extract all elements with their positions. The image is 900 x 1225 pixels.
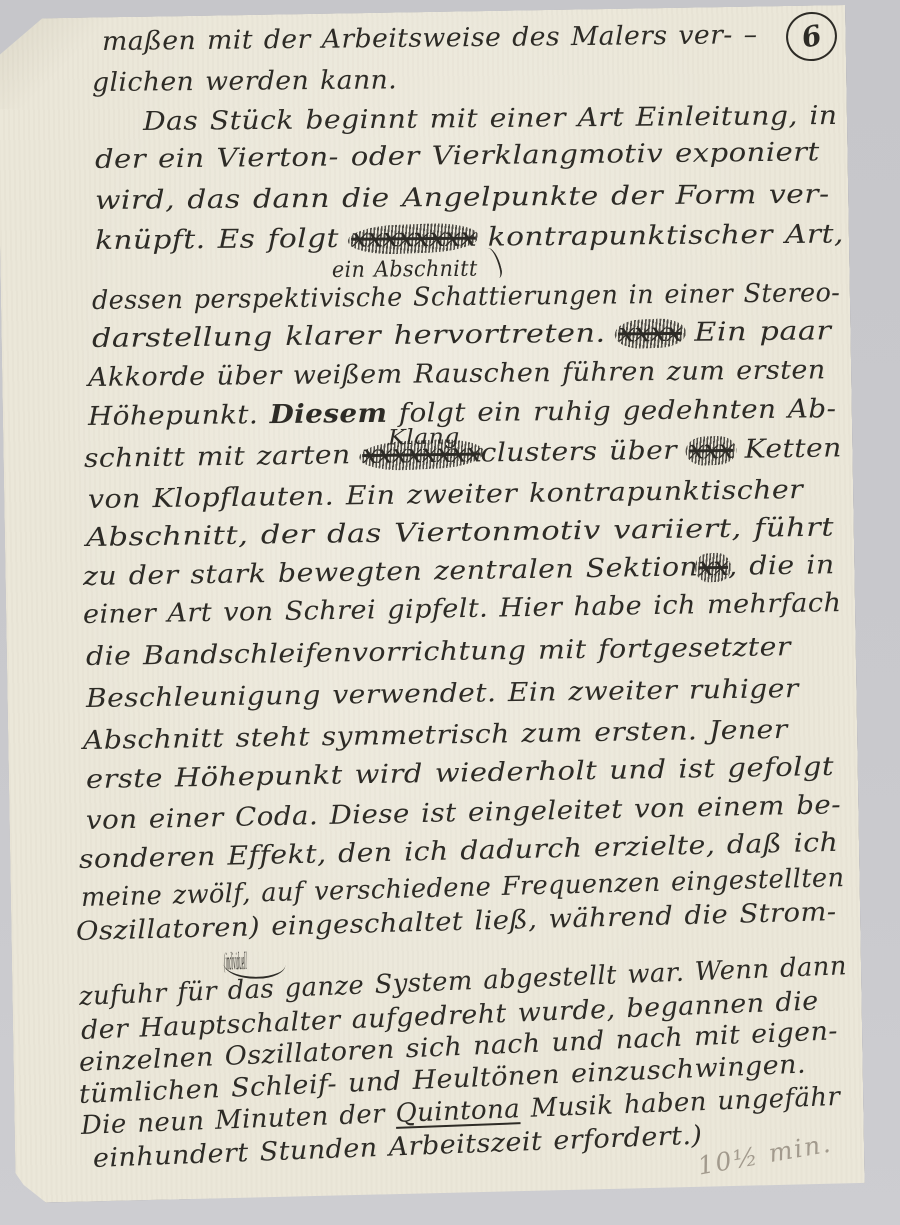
text-segment: Das Stück beginnt mit einer Art Einleitu… (143, 101, 838, 137)
manuscript-line: Akkorde über weißem Rauschen führen zum … (88, 357, 826, 391)
manuscript-line: zu der stark bewegten zentralen Sektionx… (83, 552, 835, 590)
crossed-out-word: xxxx (618, 318, 682, 349)
text-segment: von Klopflauten. Ein zweiter kontrapunkt… (88, 475, 804, 515)
text-segment: erste Höhepunkt wird wiederholt und ist … (86, 752, 835, 795)
manuscript-line: darstellung klarer hervortreten. xxxx Ei… (92, 318, 832, 352)
text-segment: einer Art von Schrei gipfelt. Hier habe … (83, 588, 842, 630)
manuscript-line: einer Art von Schrei gipfelt. Hier habe … (83, 590, 842, 628)
text-segment: glichen werden kann. (92, 65, 397, 98)
manuscript-line: Höhepunkt. Diesem folgt ein ruhig gedehn… (88, 396, 837, 430)
manuscript-line: von einer Coda. Diese ist eingeleitet vo… (86, 792, 842, 834)
crossed-out-word: xxxxxxxx (362, 438, 481, 470)
text-segment: Höhepunkt. (88, 400, 270, 432)
text-segment: Ein paar (682, 316, 832, 348)
text-segment: darstellung klarer hervortreten. (92, 318, 618, 354)
page-number: 6 (799, 18, 825, 54)
manuscript-line: maßen mit der Arbeitsweise des Malers ve… (102, 22, 758, 55)
text-segment: , die in (728, 550, 835, 582)
text-segment: Abschnitt, der das Viertonmotiv variiert… (86, 513, 834, 553)
manuscript-line: der ein Vierton- oder Vierklangmotiv exp… (95, 139, 820, 173)
text-segment: clusters über (480, 436, 688, 469)
text-segment: der ein Vierton- oder Vierklangmotiv exp… (95, 137, 820, 175)
underlined-word: Quintona (395, 1094, 521, 1129)
text-segment: von einer Coda. Diese ist eingeleitet vo… (86, 790, 842, 836)
text-segment: Diesem (269, 399, 387, 430)
text-segment: die Bandschleifenvorrichtung mit fortges… (86, 632, 791, 672)
manuscript-line: wird, das dann die Angelpunkte der Form … (95, 182, 830, 214)
text-segment: (individuell (224, 949, 247, 975)
text-segment: zu der stark bewegten zentralen Sektion (83, 552, 699, 592)
text-segment: wird, das dann die Angelpunkte der Form … (95, 180, 830, 216)
text-segment: dessen perspektivische Schattierungen in… (92, 278, 841, 316)
text-segment: kontrapunktischer Art, (475, 219, 843, 252)
manuscript-line: von Klopflauten. Ein zweiter kontrapunkt… (88, 477, 804, 513)
crossed-out-word: xx (698, 552, 728, 582)
text-segment: ein Abschnitt (332, 257, 478, 283)
text-segment: Beschleunigung verwendet. Ein zweiter ru… (86, 674, 799, 714)
text-segment: knüpft. Es folgt (95, 224, 351, 256)
manuscript-line: Abschnitt steht symmetrisch zum ersten. … (83, 717, 788, 754)
manuscript-line: glichen werden kann. (92, 67, 397, 96)
manuscript-line: Das Stück beginnt mit einer Art Einleitu… (143, 103, 838, 135)
text-segment: Ketten (733, 433, 842, 465)
text-segment: schnitt mit zarten (84, 440, 363, 474)
text-segment: Abschnitt steht symmetrisch zum ersten. … (83, 715, 788, 756)
manuscript-line: Beschleunigung verwendet. Ein zweiter ru… (86, 676, 799, 712)
crossed-out-word: xxxxxxxx (351, 223, 476, 254)
manuscript-line: dessen perspektivische Schattierungen in… (92, 280, 840, 314)
manuscript-line: knüpft. Es folgt xxxxxxxx kontrapunktisc… (95, 221, 844, 254)
text-segment: maßen mit der Arbeitsweise des Malers ve… (102, 20, 758, 57)
manuscript-line: Abschnitt, der das Viertonmotiv variiert… (86, 515, 834, 551)
manuscript-line: die Bandschleifenvorrichtung mit fortges… (86, 634, 791, 670)
text-segment: Akkorde über weißem Rauschen führen zum … (88, 355, 826, 393)
manuscript-line: schnitt mit zarten xxxxxxxxclusters über… (84, 435, 842, 472)
manuscript-line: erste Höhepunkt wird wiederholt und ist … (86, 754, 834, 793)
handwriting-layer: 6 10½ min. maßen mit der Arbeitsweise de… (0, 0, 900, 1225)
page-number-badge: 6 (781, 7, 841, 66)
crossed-out-word: xxx (688, 435, 733, 466)
pencil-annotation: 10½ min. (696, 1128, 835, 1180)
